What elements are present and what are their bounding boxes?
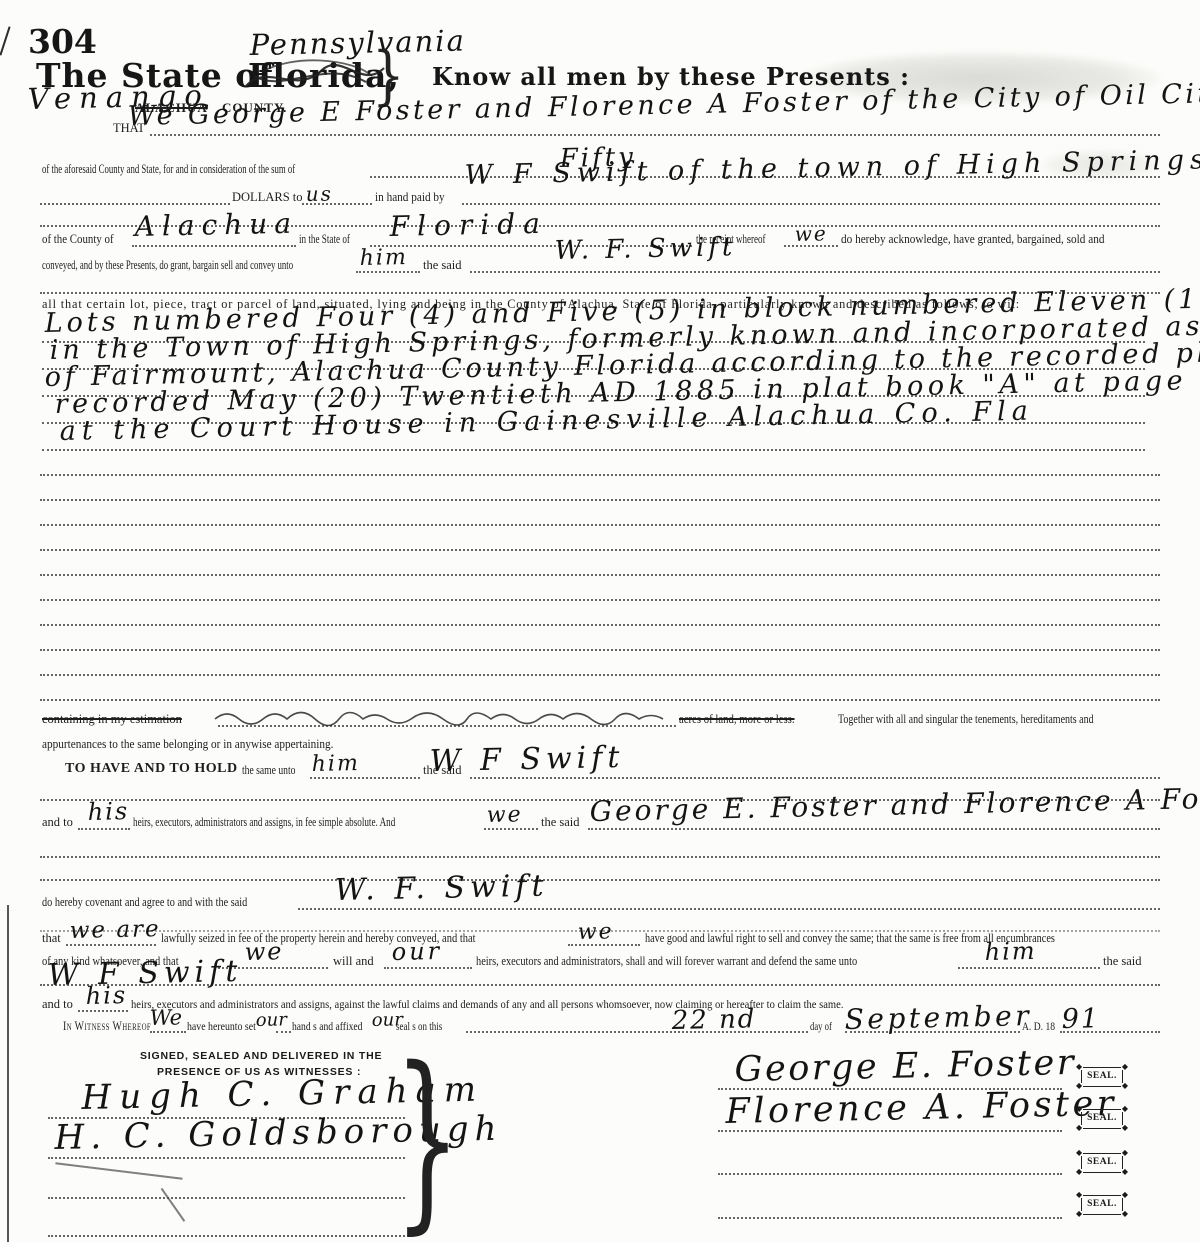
- seal-ornament-bottom: ◆◆: [1076, 1083, 1128, 1089]
- dollars-label: DOLLARS to: [232, 190, 303, 205]
- ad-label: A. D. 18: [1022, 1019, 1055, 1034]
- we-are-entry-handwritten: we are: [69, 916, 160, 944]
- rule-line: [470, 271, 1160, 273]
- seal-label: SEAL.: [1081, 1198, 1123, 1211]
- day-entry-handwritten: 22 nd: [671, 1004, 756, 1036]
- rule-line: [310, 777, 420, 779]
- rule-line: [40, 524, 1160, 526]
- rule-line: [150, 134, 1160, 136]
- unto-entry-handwritten: him: [359, 245, 408, 271]
- convey-text: conveyed, and by these Presents, do gran…: [42, 258, 293, 273]
- county-entry-handwritten: Alachua: [134, 207, 298, 243]
- rule-line: [484, 828, 538, 830]
- in-hand-label: in hand paid by: [375, 190, 445, 205]
- rule-line: [40, 574, 1160, 576]
- grantee-entry-handwritten: W. F. Swift: [554, 232, 736, 266]
- in-witness-label: In Witness Whereof: [63, 1018, 151, 1034]
- rule-line: [78, 828, 130, 830]
- rule-line: [40, 879, 1160, 881]
- the-said-label: the said: [423, 258, 462, 273]
- together-text: Together with all and singular the tenem…: [838, 712, 1094, 727]
- rule-line: [40, 624, 1160, 626]
- rule-line: [40, 699, 1160, 701]
- we-entry-handwritten-3: we: [244, 937, 283, 966]
- rule-line: [384, 967, 472, 969]
- seal-ornament-bottom: ◆◆: [1076, 1169, 1128, 1175]
- receipt-entry-handwritten: we: [794, 221, 827, 246]
- payee-entry-handwritten: us: [305, 181, 333, 206]
- habendum-grantee-handwritten: W F Swift: [429, 740, 624, 779]
- rule-line: [48, 1157, 405, 1159]
- rule-line: [78, 1010, 128, 1012]
- seal-stamp: ◆◆ SEAL. ◆◆: [1076, 1150, 1128, 1175]
- to-have-label: TO HAVE AND TO HOLD: [65, 761, 238, 777]
- him-entry-handwritten: him: [984, 937, 1036, 966]
- seal-stamp: ◆◆ SEAL. ◆◆: [1076, 1064, 1128, 1089]
- containing-struck-text: containing in my estimation: [42, 712, 182, 727]
- and-to-label-2: and to: [42, 997, 73, 1012]
- rule-line: [40, 474, 1160, 476]
- rule-line: [40, 674, 1160, 676]
- rule-line: [48, 1197, 405, 1199]
- heirs-text: heirs, executors, administrators and ass…: [133, 815, 395, 830]
- rule-line: [276, 1031, 291, 1033]
- witness-brace: }: [394, 1044, 461, 1237]
- rule-line: [42, 449, 1145, 451]
- will-and-label: will and: [333, 954, 374, 969]
- seal-label: SEAL.: [1081, 1070, 1123, 1083]
- grantor-signature: Florence A. Foster: [725, 1084, 1117, 1132]
- rule-line: [40, 856, 1160, 858]
- acres-struck-text: acres of land, more or less.: [679, 712, 795, 727]
- appurtenances-text: appurtenances to the same belonging or i…: [42, 737, 333, 752]
- that-label-2: that: [42, 931, 61, 946]
- and-to-label: and to: [42, 815, 73, 830]
- unto-entry-handwritten-2: him: [311, 751, 360, 777]
- rule-line: [40, 499, 1160, 501]
- his-entry-handwritten: his: [87, 797, 129, 826]
- consideration-text: of the aforesaid County and State, for a…: [42, 162, 295, 177]
- seal-label: SEAL.: [1081, 1112, 1123, 1125]
- rule-line: [462, 203, 1160, 205]
- pencil-stray-line: [55, 1162, 182, 1179]
- rule-line: [132, 245, 296, 247]
- rule-line: [718, 1217, 1062, 1219]
- deed-document-page: 304 Pennsylvania The State of Florida, }…: [0, 0, 1200, 1242]
- squiggle-strike-line: [215, 706, 677, 724]
- we-entry-handwritten-2: we: [577, 919, 613, 945]
- rule-line: [40, 549, 1160, 551]
- day-of-label: day of: [810, 1019, 832, 1034]
- his-entry-handwritten-2: his: [85, 981, 127, 1010]
- county-of-label: of the County of: [42, 232, 114, 247]
- covenant-text: do hereby covenant and agree to and with…: [42, 895, 247, 910]
- rule-line: [66, 944, 156, 946]
- rule-line: [40, 203, 230, 205]
- rule-line: [150, 1031, 186, 1033]
- seal-stamp: ◆◆ SEAL. ◆◆: [1076, 1192, 1128, 1217]
- acknowledge-text: do hereby acknowledge, have granted, bar…: [841, 232, 1104, 247]
- rule-line: [356, 271, 420, 273]
- we-entry-handwritten: we: [486, 802, 522, 828]
- rule-line: [958, 967, 1100, 969]
- witness-heading-line1: SIGNED, SEALED AND DELIVERED IN THE: [140, 1050, 382, 1062]
- state-entry-handwritten: Florida: [389, 207, 548, 243]
- warrant-text: heirs, executors and administrators, sha…: [476, 954, 857, 969]
- rule-line: [298, 908, 1160, 910]
- same-unto-label: the same unto: [242, 763, 295, 778]
- scribble-over-state: [240, 54, 390, 100]
- grantors-names-handwritten: George E. Foster and Florence A Foster: [589, 781, 1200, 828]
- rule-line: [588, 828, 1160, 830]
- hereunto-label: have hereunto set: [187, 1019, 256, 1034]
- seal-stamp: ◆◆ SEAL. ◆◆: [1076, 1106, 1128, 1131]
- our-entry-handwritten: our: [391, 937, 442, 966]
- pencil-stray-line-2: [161, 1188, 185, 1222]
- seal-label: SEAL.: [1081, 1156, 1123, 1169]
- covenant-grantee-handwritten: W. F. Swift: [334, 869, 549, 908]
- rule-line: [48, 1235, 405, 1237]
- rule-line: [470, 777, 1160, 779]
- state-of-label: in the State of: [299, 232, 350, 247]
- rule-line: [218, 725, 676, 727]
- witness-we-handwritten: We: [149, 1005, 182, 1030]
- hand-label: hand s and affixed: [292, 1019, 362, 1034]
- the-said-label-3: the said: [1103, 954, 1142, 969]
- rule-line: [40, 599, 1160, 601]
- scan-artifact-slash: [0, 26, 11, 55]
- year-entry-handwritten: 91: [1061, 1003, 1100, 1035]
- month-entry-handwritten: September: [844, 999, 1032, 1036]
- rule-line: [40, 649, 1160, 651]
- seal-ornament-bottom: ◆◆: [1076, 1125, 1128, 1131]
- warrant-grantee-handwritten: W F Swift: [47, 954, 242, 993]
- our-entry-handwritten-2: our: [256, 1009, 287, 1031]
- seal-ornament-bottom: ◆◆: [1076, 1211, 1128, 1217]
- scan-artifact-left-edge: [7, 905, 9, 1242]
- grantor-signature: George E. Foster: [734, 1043, 1076, 1090]
- said-label: the said: [541, 815, 580, 830]
- rule-line: [718, 1173, 1062, 1175]
